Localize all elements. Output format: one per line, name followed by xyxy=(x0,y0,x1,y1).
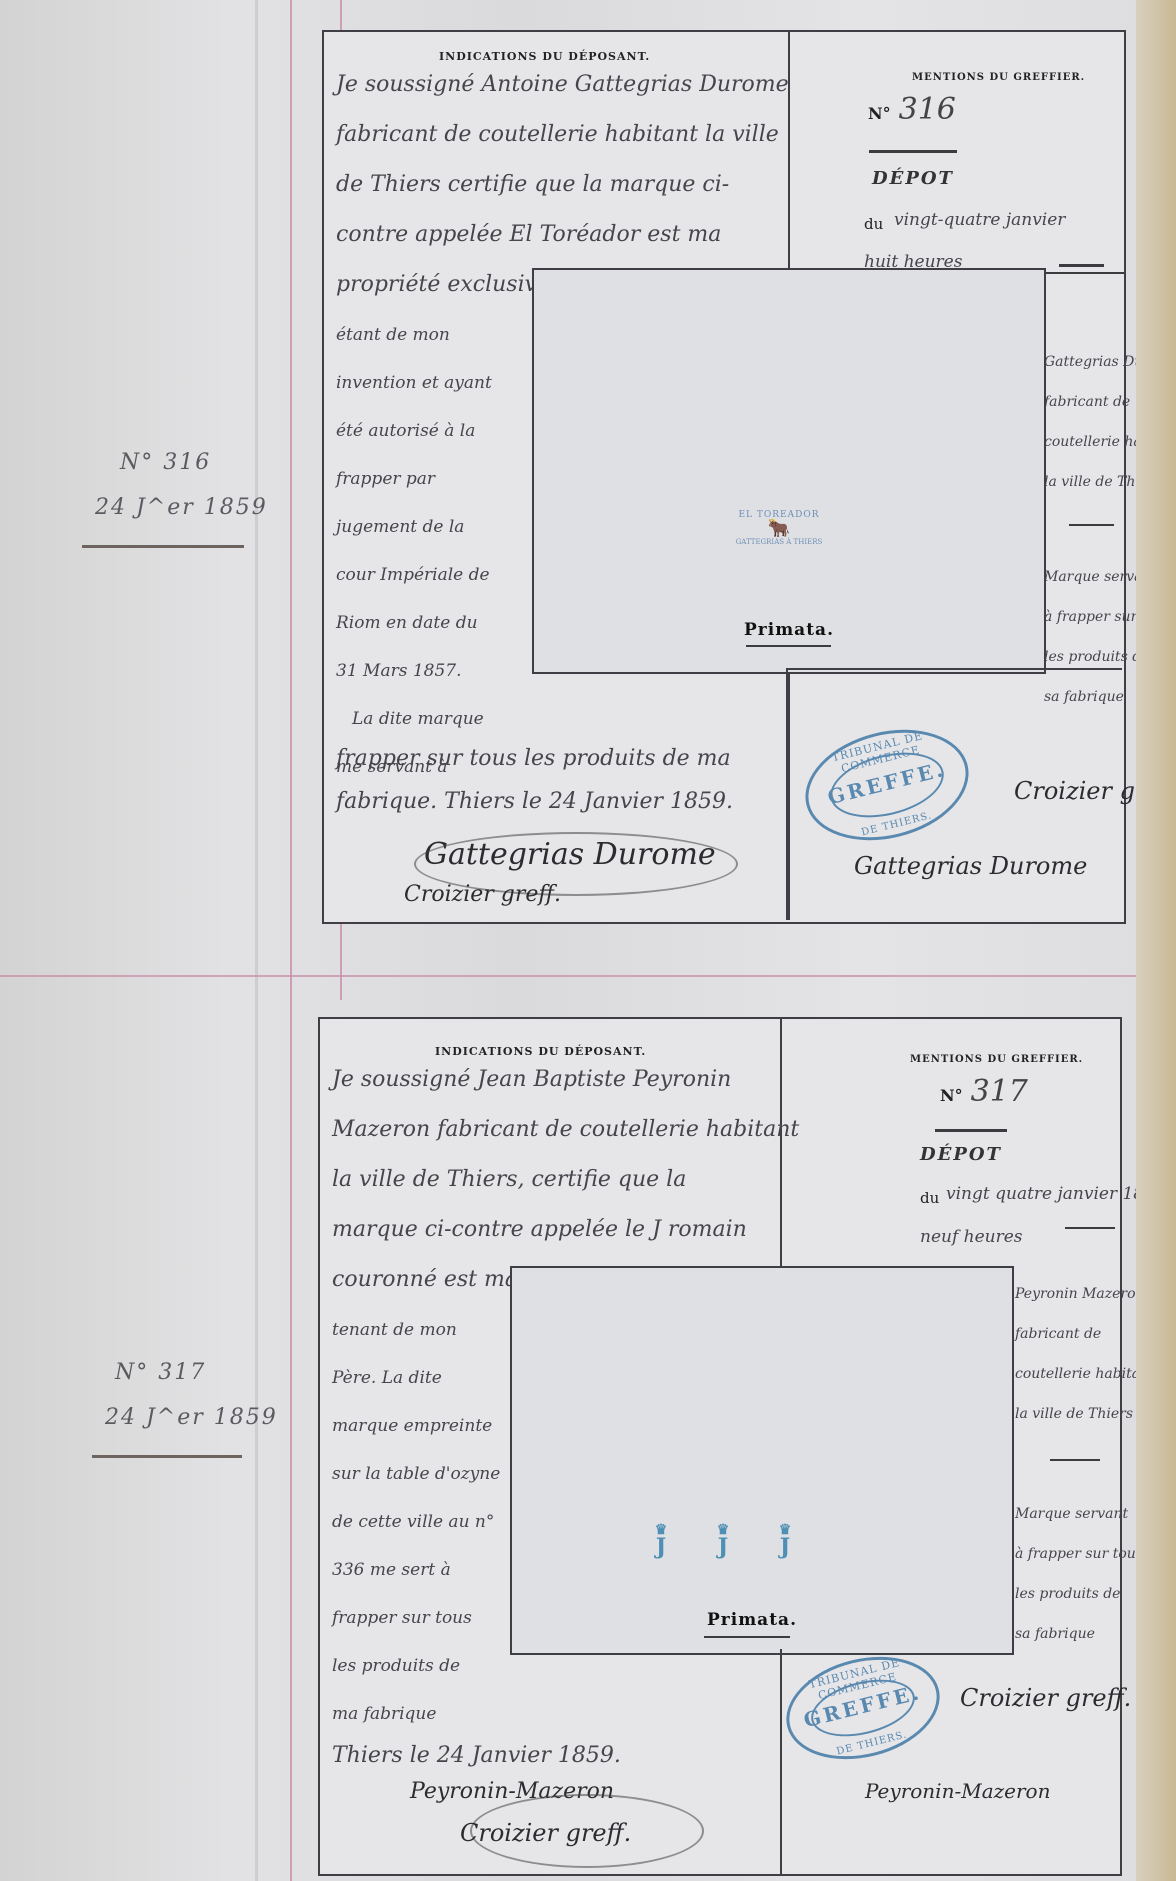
depot-hour: neuf heures xyxy=(920,1212,1023,1262)
lower-left-divider xyxy=(786,668,788,920)
deposant-line: contre appelée El Toréador est ma xyxy=(336,210,721,260)
deposant-line: frapper par xyxy=(336,454,435,504)
entry-316-form: INDICATIONS DU DÉPOSANT. Je soussigné An… xyxy=(322,30,1126,924)
greffe-stamp: TRIBUNAL DE COMMERCE GREFFE. DE THIERS. xyxy=(775,1642,950,1775)
greffier-countersignature: Croizier greff. xyxy=(404,882,561,907)
depositor-signature-copy: Peyronin-Mazeron xyxy=(865,1779,1050,1803)
mark-caption: Primata. xyxy=(744,620,834,640)
deposant-line: Thiers le 24 Janvier 1859. xyxy=(332,1731,621,1781)
page-fold xyxy=(255,0,258,1881)
greffier-header: MENTIONS DU GREFFIER. xyxy=(910,1054,1083,1065)
deposant-line: Père. La dite xyxy=(332,1353,442,1403)
desk-surface xyxy=(1136,0,1176,1881)
margin-note-line2: 24 J^er 1859 xyxy=(105,1405,278,1430)
register-number: N°317 xyxy=(940,1074,1028,1109)
register-number: N°316 xyxy=(868,92,956,127)
deposant-line: Je soussigné Antoine Gattegrias Durome xyxy=(336,60,789,110)
du-label: du xyxy=(864,215,883,233)
deposant-line: Mazeron fabricant de coutellerie habitan… xyxy=(332,1105,799,1155)
deposant-line: étant de mon xyxy=(336,310,450,360)
margin-rule xyxy=(92,1455,242,1458)
number-underline xyxy=(869,150,957,153)
crowned-j-mark: ♛J xyxy=(774,1523,796,1557)
crowned-j-mark: ♛J xyxy=(712,1523,734,1557)
deposant-line: 31 Mars 1857. xyxy=(336,646,462,696)
deposant-line: tenant de mon xyxy=(332,1305,457,1355)
deposant-line: fabrique. Thiers le 24 Janvier 1859. xyxy=(336,777,733,827)
dash-rule xyxy=(1050,1459,1100,1461)
margin-rule-horizontal xyxy=(0,975,1150,977)
greffier-header: MENTIONS DU GREFFIER. xyxy=(912,72,1085,83)
caption-underline xyxy=(704,1636,790,1638)
bull-icon: 🐂 xyxy=(724,520,834,538)
deposant-line: jugement de la xyxy=(336,502,464,552)
margin-rule-vertical xyxy=(290,0,292,1881)
deposant-line: Je soussigné Jean Baptiste Peyronin xyxy=(332,1055,731,1105)
deposant-line: marque empreinte xyxy=(332,1401,492,1451)
number-label: N° xyxy=(868,104,891,123)
deposant-line: les produits de xyxy=(332,1641,460,1691)
margin-note-line2: 24 J^er 1859 xyxy=(95,495,268,520)
deposant-line: propriété exclusive xyxy=(336,260,550,310)
depot-label: DÉPOT xyxy=(872,168,954,189)
crowned-j-mark: ♛J xyxy=(650,1523,672,1557)
dash-rule xyxy=(1069,524,1114,526)
deposant-line: la ville de Thiers, certifie que la xyxy=(332,1155,686,1205)
number-underline xyxy=(935,1129,1007,1132)
deposant-line: cour Impériale de xyxy=(336,550,490,600)
toreador-stamp: EL TOREADOR 🐂 GATTEGRIAS À THIERS xyxy=(724,510,834,546)
margin-rule xyxy=(82,545,244,548)
depositor-signature-copy: Gattegrias Durome xyxy=(854,852,1087,880)
dash-rule xyxy=(1059,264,1104,267)
greffier-note: sa fabrique xyxy=(1015,1609,1095,1659)
lower-left-divider xyxy=(780,1649,782,1874)
greffe-stamp: TRIBUNAL DE COMMERCE GREFFE. DE THIERS. xyxy=(794,713,981,856)
number-value: 317 xyxy=(971,1074,1028,1109)
greffier-signature: Croizier greff. xyxy=(960,1684,1131,1712)
deposant-line: Riom en date du xyxy=(336,598,478,648)
deposant-line: frapper sur tous xyxy=(332,1593,472,1643)
deposant-line: marque ci-contre appelée le J romain xyxy=(332,1205,747,1255)
greffier-note: la ville de Thiers xyxy=(1015,1389,1133,1439)
deposant-line: sur la table d'ozyne xyxy=(332,1449,500,1499)
mark-impression-area: EL TOREADOR 🐂 GATTEGRIAS À THIERS Primat… xyxy=(532,268,1046,674)
depot-label: DÉPOT xyxy=(920,1144,1002,1165)
register-page: N° 316 24 J^er 1859 INDICATIONS DU DÉPOS… xyxy=(0,0,1150,1881)
margin-note-line1: N° 317 xyxy=(115,1360,206,1385)
margin-note-line1: N° 316 xyxy=(120,450,211,475)
du-label: du xyxy=(920,1189,939,1207)
entry-317-form: INDICATIONS DU DÉPOSANT. Je soussigné Je… xyxy=(318,1017,1122,1876)
mark-impression-area: ♛J ♛J ♛J Primata. xyxy=(510,1266,1014,1655)
number-value: 316 xyxy=(899,92,956,127)
deposant-line: invention et ayant xyxy=(336,358,492,408)
toreador-stamp-bottom: GATTEGRIAS À THIERS xyxy=(724,538,834,546)
number-label: N° xyxy=(940,1086,963,1105)
lower-divider xyxy=(788,668,1122,670)
deposant-line: fabricant de coutellerie habitant la vil… xyxy=(336,110,779,160)
deposant-line: de Thiers certifie que la marque ci- xyxy=(336,160,729,210)
deposant-line: été autorisé à la xyxy=(336,406,475,456)
caption-underline xyxy=(746,645,831,647)
dash-rule xyxy=(1065,1227,1115,1229)
greffier-note: sa fabrique xyxy=(1044,672,1124,722)
deposant-line: de cette ville au n° xyxy=(332,1497,494,1547)
deposant-line: 336 me sert à xyxy=(332,1545,451,1595)
greffier-countersignature: Croizier greff. xyxy=(460,1819,631,1847)
mark-caption: Primata. xyxy=(707,1610,797,1630)
